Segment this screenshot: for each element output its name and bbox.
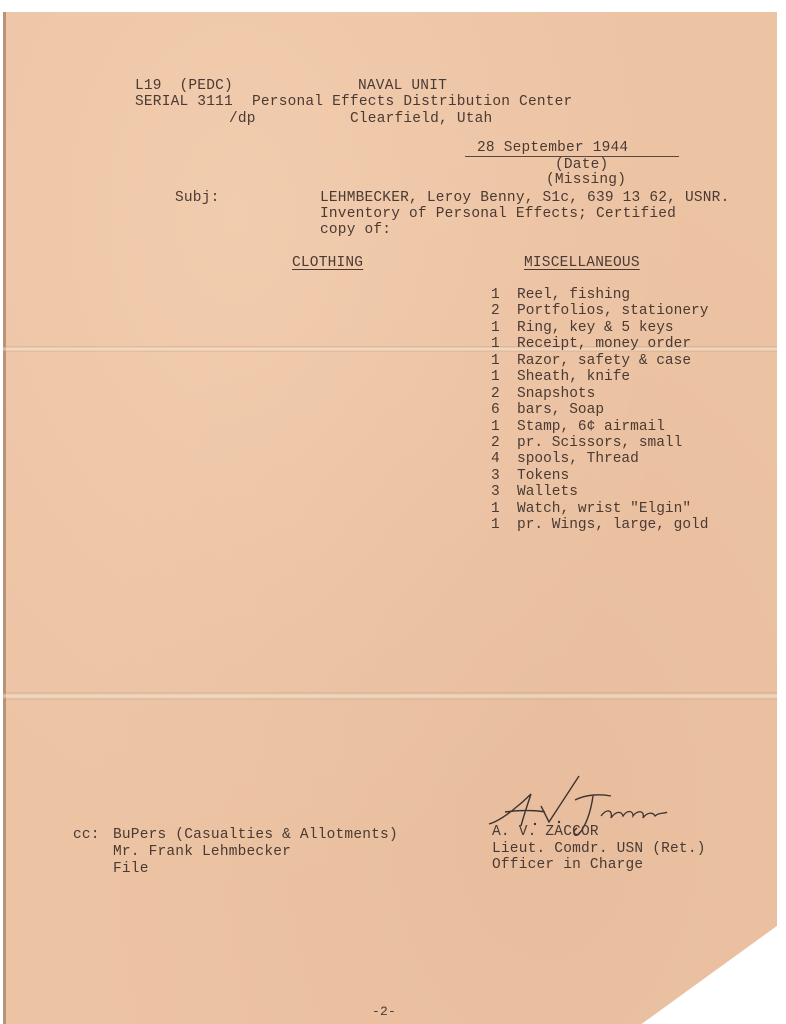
- list-item: 3Tokens: [491, 468, 569, 485]
- list-item: 1Stamp, 6¢ airmail: [491, 419, 665, 436]
- list-item: 2Portfolios, stationery: [491, 303, 708, 320]
- item-quantity: 1: [491, 369, 517, 386]
- item-quantity: 4: [491, 451, 517, 468]
- list-item: 1Reel, fishing: [491, 287, 630, 304]
- item-description: spools, Thread: [517, 451, 639, 467]
- item-quantity: 1: [491, 320, 517, 337]
- list-item: 2pr. Scissors, small: [491, 435, 682, 452]
- cc-recipient: BuPers (Casualties & Allotments): [113, 827, 398, 844]
- signer-title: Officer in Charge: [492, 857, 643, 874]
- document-date: 28 September 1944: [477, 140, 628, 157]
- item-quantity: 2: [491, 303, 517, 320]
- subject-line-3: copy of:: [320, 222, 391, 239]
- miscellaneous-heading: MISCELLANEOUS: [524, 255, 640, 272]
- list-item: 2Snapshots: [491, 386, 595, 403]
- item-description: Ring, key & 5 keys: [517, 320, 674, 336]
- serial-number: SERIAL 3111: [135, 94, 233, 111]
- item-quantity: 1: [491, 336, 517, 353]
- unit-location: Clearfield, Utah: [350, 111, 492, 128]
- typist-initials: /dp: [229, 111, 256, 128]
- item-quantity: 1: [491, 287, 517, 304]
- unit-center: Personal Effects Distribution Center: [252, 94, 572, 111]
- cc-label: cc:: [73, 827, 100, 844]
- item-quantity: 1: [491, 353, 517, 370]
- page-number: -2-: [372, 1004, 396, 1021]
- item-quantity: 1: [491, 501, 517, 518]
- cc-recipient: Mr. Frank Lehmbecker: [113, 844, 291, 861]
- cc-recipient: File: [113, 861, 149, 878]
- paper-edge: [3, 12, 6, 1024]
- fold-crease-lower: [3, 692, 777, 700]
- list-item: 1Sheath, knife: [491, 369, 630, 386]
- item-description: Tokens: [517, 468, 569, 484]
- item-quantity: 2: [491, 386, 517, 403]
- subject-label: Subj:: [175, 190, 220, 207]
- item-quantity: 3: [491, 468, 517, 485]
- item-quantity: 1: [491, 419, 517, 436]
- list-item: 1Watch, wrist "Elgin": [491, 501, 691, 518]
- item-description: bars, Soap: [517, 402, 604, 418]
- item-description: Reel, fishing: [517, 287, 630, 303]
- item-description: Portfolios, stationery: [517, 303, 708, 319]
- item-description: pr. Scissors, small: [517, 435, 682, 451]
- item-description: Stamp, 6¢ airmail: [517, 419, 665, 435]
- file-code: L19 (PEDC): [135, 78, 233, 95]
- list-item: 3Wallets: [491, 484, 578, 501]
- item-description: Snapshots: [517, 386, 595, 402]
- unit-name: NAVAL UNIT: [358, 78, 447, 95]
- signer-name: A. V. ZACCOR: [492, 824, 599, 841]
- subject-line-1: LEHMBECKER, Leroy Benny, S1c, 639 13 62,…: [320, 190, 729, 207]
- subject-line-2: Inventory of Personal Effects; Certified: [320, 206, 676, 223]
- document-page: L19 (PEDC) SERIAL 3111 /dp NAVAL UNIT Pe…: [3, 12, 777, 1024]
- list-item: 1pr. Wings, large, gold: [491, 517, 708, 534]
- item-quantity: 1: [491, 517, 517, 534]
- signer-rank: Lieut. Comdr. USN (Ret.): [492, 841, 706, 858]
- item-description: Sheath, knife: [517, 369, 630, 385]
- item-quantity: 6: [491, 402, 517, 419]
- item-description: pr. Wings, large, gold: [517, 517, 708, 533]
- list-item: 1Receipt, money order: [491, 336, 691, 353]
- item-quantity: 3: [491, 484, 517, 501]
- list-item: 4spools, Thread: [491, 451, 639, 468]
- list-item: 1Razor, safety & case: [491, 353, 691, 370]
- item-quantity: 2: [491, 435, 517, 452]
- list-item: 6bars, Soap: [491, 402, 604, 419]
- clothing-heading: CLOTHING: [292, 255, 363, 272]
- item-description: Watch, wrist "Elgin": [517, 501, 691, 517]
- item-description: Razor, safety & case: [517, 353, 691, 369]
- item-description: Receipt, money order: [517, 336, 691, 352]
- missing-status: (Missing): [546, 172, 626, 189]
- list-item: 1Ring, key & 5 keys: [491, 320, 674, 337]
- item-description: Wallets: [517, 484, 578, 500]
